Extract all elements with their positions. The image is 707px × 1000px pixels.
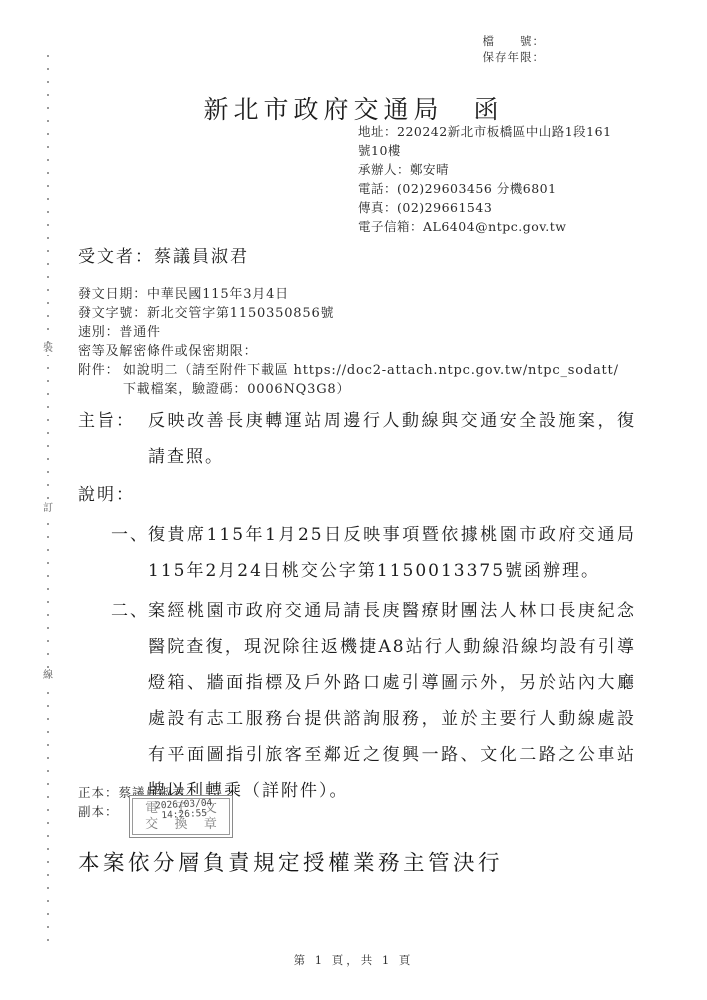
description-label: 說明： bbox=[78, 477, 636, 513]
retention-period-label: 保存年限： bbox=[483, 49, 546, 65]
description-item-2-text: 案經桃園市政府交通局請長庚醫療財團法人林口長庚紀念醫院查復，現況除往返機捷A8站… bbox=[148, 601, 636, 801]
description-item-1: 一、 復貴席115年1月25日反映事項暨依據桃園市政府交通局115年2月24日桃… bbox=[78, 517, 636, 589]
binding-mark-ding: 訂 bbox=[41, 503, 55, 515]
description-item-2-number: 二、 bbox=[111, 593, 149, 629]
subject-text: 反映改善長庚轉運站周邊行人動線與交通安全設施案，復請查照。 bbox=[148, 411, 636, 467]
subject-block: 主旨： 反映改善長庚轉運站周邊行人動線與交通安全設施案，復請查照。 bbox=[78, 403, 636, 475]
agency-phone: 電話：(02)29603456 分機6801 bbox=[358, 179, 658, 198]
attachment-label: 附件： bbox=[78, 361, 119, 380]
description-item-1-number: 一、 bbox=[111, 517, 149, 553]
document-meta-block: 發文日期：中華民國115年3月4日 發文字號：新北交管字第1150350856號… bbox=[78, 285, 640, 399]
issue-date-line: 發文日期：中華民國115年3月4日 bbox=[78, 285, 640, 304]
agency-address-line1: 地址：220242新北市板橋區中山路1段161 bbox=[358, 122, 658, 141]
file-number-label: 檔 號： bbox=[483, 33, 546, 49]
security-class-line: 密等及解密條件或保密期限： bbox=[78, 342, 640, 361]
electronic-exchange-stamp: 電 子 文 交 換 章 2026/03/04 14:26:55 bbox=[129, 795, 233, 838]
agency-fax: 傳真：(02)29661543 bbox=[358, 198, 658, 217]
agency-address-line2: 號10樓 bbox=[358, 141, 658, 160]
subject-label: 主旨： bbox=[78, 403, 135, 439]
official-letter-page: 裝 訂 線 檔 號： 保存年限： 新北市政府交通局 函 地址：220242新北市… bbox=[0, 0, 707, 1000]
file-label-block: 檔 號： 保存年限： bbox=[483, 33, 546, 65]
document-title: 新北市政府交通局 函 bbox=[0, 90, 707, 126]
binding-mark-zhuang: 裝 bbox=[41, 343, 55, 355]
recipient-line: 受文者：蔡議員淑君 bbox=[78, 242, 249, 267]
speed-class-line: 速別：普通件 bbox=[78, 323, 640, 342]
attachment-text-line1: 如說明二（請至附件下載區 https://doc2-attach.ntpc.go… bbox=[123, 361, 640, 380]
stamp-char-6: 章 bbox=[196, 817, 225, 832]
attachment-line: 附件： 如說明二（請至附件下載區 https://doc2-attach.ntp… bbox=[78, 361, 640, 399]
description-item-1-text: 復貴席115年1月25日反映事項暨依據桃園市政府交通局115年2月24日桃交公字… bbox=[148, 525, 636, 581]
authorization-statement: 本案依分層負責規定授權業務主管決行 bbox=[78, 846, 503, 877]
binding-mark-xian: 線 bbox=[41, 670, 55, 682]
letter-body: 主旨： 反映改善長庚轉運站周邊行人動線與交通安全設施案，復請查照。 說明： 一、… bbox=[78, 403, 636, 809]
agency-contact-block: 地址：220242新北市板橋區中山路1段161 號10樓 承辦人：鄭安晴 電話：… bbox=[358, 122, 658, 236]
attachment-text-line2: 下載檔案，驗證碼：0006NQ3G8） bbox=[123, 380, 640, 399]
agency-contact-person: 承辦人：鄭安晴 bbox=[358, 160, 658, 179]
binding-dotted-line bbox=[47, 55, 49, 945]
description-item-2: 二、 案經桃園市政府交通局請長庚醫療財團法人林口長庚紀念醫院查復，現況除往返機捷… bbox=[78, 593, 636, 809]
issue-number-line: 發文字號：新北交管字第1150350856號 bbox=[78, 304, 640, 323]
page-number-footer: 第 1 頁，共 1 頁 bbox=[0, 952, 707, 968]
agency-email: 電子信箱：AL6404@ntpc.gov.tw bbox=[358, 217, 658, 236]
